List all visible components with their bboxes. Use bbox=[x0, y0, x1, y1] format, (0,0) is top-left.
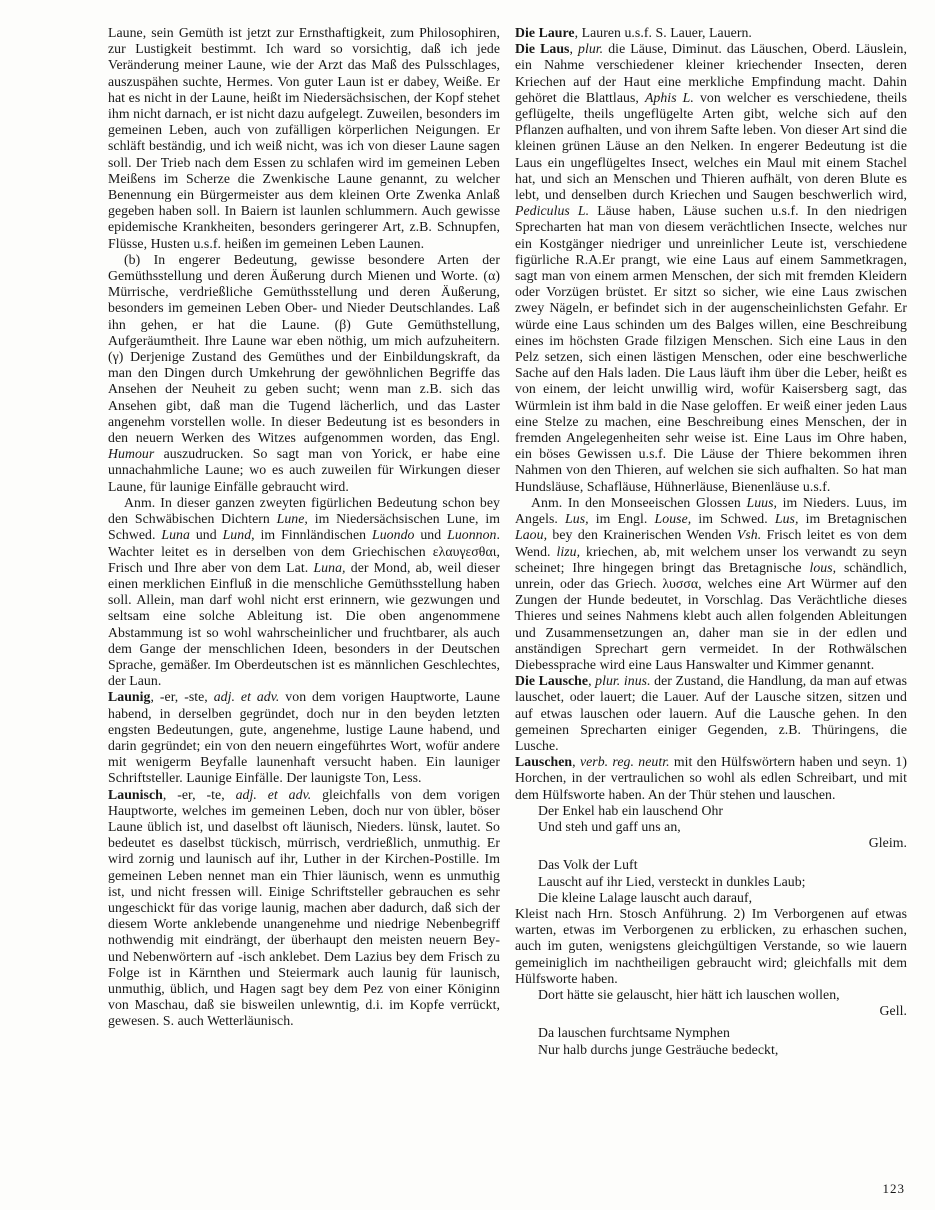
verse-line: Das Volk der Luft bbox=[515, 857, 907, 873]
text-run: auszudrucken. So sagt man von Yorick, er… bbox=[108, 446, 500, 493]
text-run: Lune, bbox=[277, 511, 308, 526]
text-run: der Mond, ab, weil dieser einen merklich… bbox=[108, 560, 500, 688]
text-run: Laou, bbox=[515, 527, 547, 542]
dictionary-entry: Die Lausche, plur. inus. der Zustand, di… bbox=[515, 673, 907, 754]
dictionary-page: Laune, sein Gemüth ist jetzt zur Ernstha… bbox=[0, 0, 935, 1210]
text-run: und bbox=[414, 527, 447, 542]
text-run: Gell. bbox=[880, 1003, 907, 1018]
verse-line: Da lauschen furchtsame Nymphen bbox=[515, 1025, 907, 1041]
text-run: Der Enkel hab ein lauschend Ohr bbox=[538, 803, 723, 818]
text-run: Humour bbox=[108, 446, 154, 461]
text-run: Anm. In den Monseeischen Glossen bbox=[531, 495, 746, 510]
text-run: Läuse haben, Läuse suchen u.s.f. In den … bbox=[515, 203, 907, 493]
text-run: Luus, bbox=[746, 495, 777, 510]
text-run: Lauscht auf ihr Lied, versteckt in dunkl… bbox=[538, 874, 806, 889]
paragraph: Anm. In dieser ganzen zweyten figürliche… bbox=[108, 495, 500, 689]
text-run: Das Volk der Luft bbox=[538, 857, 638, 872]
text-run: verb. reg. neutr. bbox=[580, 754, 670, 769]
left-column: Laune, sein Gemüth ist jetzt zur Ernstha… bbox=[108, 25, 500, 1058]
text-run: , bbox=[572, 754, 580, 769]
text-run: Dort hätte sie gelauscht, hier hätt ich … bbox=[538, 987, 840, 1002]
text-run: Und steh und gaff uns an, bbox=[538, 819, 681, 834]
text-run: plur. bbox=[578, 41, 603, 56]
attribution: Gleim. bbox=[515, 835, 907, 851]
headword: Die Lausche bbox=[515, 673, 588, 688]
text-run: Laune, sein Gemüth ist jetzt zur Ernstha… bbox=[108, 25, 500, 251]
text-run: (b) In engerer Bedeutung, gewisse besond… bbox=[108, 252, 500, 445]
dictionary-entry: Launig, -er, -ste, adj. et adv. von dem … bbox=[108, 689, 500, 786]
headword: Die Laure bbox=[515, 25, 575, 40]
text-columns: Laune, sein Gemüth ist jetzt zur Ernstha… bbox=[108, 25, 907, 1058]
text-run: Vsh. bbox=[737, 527, 761, 542]
text-run: Louse, bbox=[655, 511, 692, 526]
text-run: im Bretagnischen bbox=[798, 511, 907, 526]
text-run: von welcher es verschiedene, theils gefl… bbox=[515, 90, 907, 202]
paragraph: Kleist nach Hrn. Stosch Anführung. 2) Im… bbox=[515, 906, 907, 987]
headword: Launisch bbox=[108, 787, 163, 802]
attribution: Gell. bbox=[515, 1003, 907, 1019]
text-run: im Finnländischen bbox=[255, 527, 372, 542]
dictionary-entry: Die Laure, Lauren u.s.f. S. Lauer, Lauer… bbox=[515, 25, 907, 41]
paragraph: Anm. In den Monseeischen Glossen Luus, i… bbox=[515, 495, 907, 673]
dictionary-entry: Launisch, -er, -te, adj. et adv. gleichf… bbox=[108, 787, 500, 1030]
text-run: im Schwed. bbox=[691, 511, 775, 526]
text-run: Kleist nach Hrn. Stosch Anführung. 2) Im… bbox=[515, 906, 907, 986]
right-column: Die Laure, Lauren u.s.f. S. Lauer, Lauer… bbox=[515, 25, 907, 1058]
text-run: Aphis L. bbox=[645, 90, 694, 105]
text-run: adj. et adv. bbox=[236, 787, 312, 802]
text-run: und bbox=[190, 527, 223, 542]
text-run: Luonnon bbox=[447, 527, 496, 542]
text-run: im Engl. bbox=[589, 511, 655, 526]
headword: Die Laus bbox=[515, 41, 569, 56]
text-run: Pediculus L. bbox=[515, 203, 589, 218]
verse-line: Dort hätte sie gelauscht, hier hätt ich … bbox=[515, 987, 907, 1003]
text-run: Lus, bbox=[775, 511, 799, 526]
text-run: lizu, bbox=[556, 544, 580, 559]
text-run: Da lauschen furchtsame Nymphen bbox=[538, 1025, 730, 1040]
text-run: adj. et adv. bbox=[214, 689, 280, 704]
text-run: plur. inus. bbox=[595, 673, 650, 688]
headword: Lauschen bbox=[515, 754, 572, 769]
text-run: Lus, bbox=[565, 511, 589, 526]
text-run: Lund, bbox=[223, 527, 255, 542]
text-run: Luondo bbox=[372, 527, 414, 542]
paragraph: Laune, sein Gemüth ist jetzt zur Ernstha… bbox=[108, 25, 500, 252]
paragraph: (b) In engerer Bedeutung, gewisse besond… bbox=[108, 252, 500, 495]
dictionary-entry: Lauschen, verb. reg. neutr. mit den Hülf… bbox=[515, 754, 907, 803]
text-run: Nur halb durchs junge Gesträuche bedeckt… bbox=[538, 1042, 778, 1057]
text-run: lous, bbox=[809, 560, 836, 575]
text-run: Luna, bbox=[313, 560, 345, 575]
text-run: , -er, -ste, bbox=[150, 689, 213, 704]
dictionary-entry: Die Laus, plur. die Läuse, Diminut. das … bbox=[515, 41, 907, 495]
headword: Launig bbox=[108, 689, 150, 704]
text-run: , -er, -te, bbox=[163, 787, 236, 802]
verse-line: Die kleine Lalage lauscht auch darauf, bbox=[515, 890, 907, 906]
text-run: schändlich, unrein, oder das Griech. λυσ… bbox=[515, 560, 907, 672]
text-run: , Lauren u.s.f. S. Lauer, Lauern. bbox=[575, 25, 752, 40]
text-run: Die kleine Lalage lauscht auch darauf, bbox=[538, 890, 752, 905]
verse-line: Und steh und gaff uns an, bbox=[515, 819, 907, 835]
text-run: , bbox=[569, 41, 578, 56]
text-run: bey den Krainerischen Wenden bbox=[547, 527, 737, 542]
verse-line: Der Enkel hab ein lauschend Ohr bbox=[515, 803, 907, 819]
verse-line: Lauscht auf ihr Lied, versteckt in dunkl… bbox=[515, 874, 907, 890]
text-run: Luna bbox=[161, 527, 190, 542]
text-run: gleichfalls von dem vorigen Hauptworte, … bbox=[108, 787, 500, 1029]
verse-line: Nur halb durchs junge Gesträuche bedeckt… bbox=[515, 1042, 907, 1058]
text-run: Gleim. bbox=[869, 835, 907, 850]
page-number: 123 bbox=[883, 1181, 906, 1197]
